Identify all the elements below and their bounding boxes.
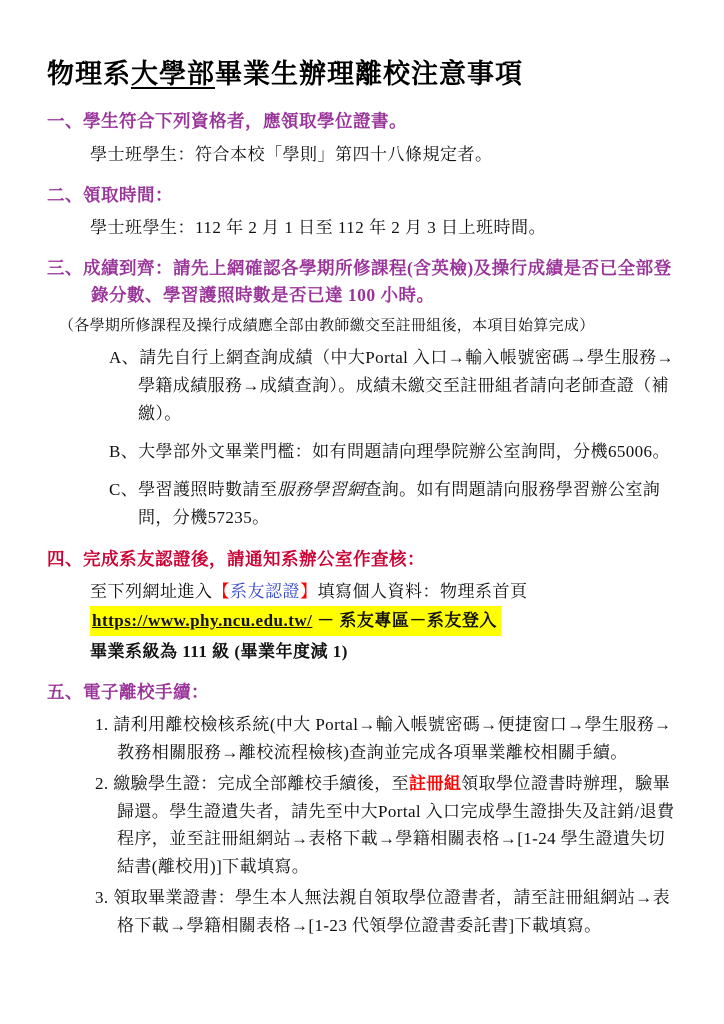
item-a-text: 請先自行上網查詢成績（中大Portal 入口→輸入帳號密碼→學生服務→學籍成績服…	[138, 348, 674, 423]
section-5-item-2: 2. 繳驗學生證：完成全部離校手續後，至註冊組領取學位證書時辦理，驗畢歸還。學生…	[95, 770, 678, 880]
line1-post: 填寫個人資料：物理系首頁	[318, 582, 528, 601]
registrar-office-emphasis: 註冊組	[409, 774, 461, 793]
item-3-label: 3.	[95, 888, 109, 907]
section-1-heading: 一、學生符合下列資格者，應領取學位證書。	[47, 108, 678, 134]
item-a-label: A、	[109, 348, 139, 367]
section-3-item-b: B、大學部外文畢業門檻：如有問題請向理學院辦公室詢問，分機65006。	[109, 438, 678, 466]
page-title: 物理系大學部畢業生辦理離校注意事項	[47, 56, 678, 92]
section-4: 四、完成系友認證後，請通知系辦公室作查核： 至下列網址進入【系友認證】填寫個人資…	[47, 546, 678, 665]
line1-pre: 至下列網址進入	[90, 582, 213, 601]
section-2: 二、領取時間： 學士班學生：112 年 2 月 1 日至 112 年 2 月 3…	[47, 182, 678, 241]
item-1-label: 1.	[95, 715, 109, 734]
section-4-class-year-line: 畢業系級為 111 級 (畢業年度減 1)	[90, 638, 678, 665]
bracket-open: 【	[213, 582, 231, 601]
title-suffix: 畢業生辦理離校注意事項	[215, 59, 523, 89]
phy-ncu-url-link[interactable]: https://www.phy.ncu.edu.tw/	[92, 611, 312, 630]
item-2-label: 2.	[95, 774, 109, 793]
highlighted-url-block: https://www.phy.ncu.edu.tw/ － 系友專區－系友登入	[90, 606, 501, 636]
section-1: 一、學生符合下列資格者，應領取學位證書。 學士班學生：符合本校「學則」第四十八條…	[47, 108, 678, 167]
title-underlined-part: 大學部	[131, 59, 215, 89]
section-2-body: 學士班學生：112 年 2 月 1 日至 112 年 2 月 3 日上班時間。	[90, 214, 678, 241]
highlight-path-text: － 系友專區－系友登入	[312, 611, 497, 630]
item-1-text: 請利用離校檢核系統(中大 Portal→輸入帳號密碼→便捷窗口→學生服務→教務相…	[113, 715, 671, 762]
section-5: 五、電子離校手續： 1. 請利用離校檢核系統(中大 Portal→輸入帳號密碼→…	[47, 679, 678, 940]
item-c-service-site-name: 服務學習網	[277, 480, 364, 499]
item-b-text: 大學部外文畢業門檻：如有問題請向理學院辦公室詢問，分機65006。	[138, 442, 670, 461]
section-4-line-1: 至下列網址進入【系友認證】填寫個人資料：物理系首頁	[90, 578, 678, 605]
section-2-heading: 二、領取時間：	[47, 182, 678, 208]
item-c-label: C、	[109, 480, 138, 499]
item-b-label: B、	[109, 442, 138, 461]
section-5-item-3: 3. 領取畢業證書：學生本人無法親自領取學位證書者，請至註冊組網站→表格下載→學…	[95, 884, 678, 939]
section-5-heading: 五、電子離校手續：	[47, 679, 678, 705]
section-3: 三、成績到齊：請先上網確認各學期所修課程(含英檢)及操行成績是否已全部登錄分數、…	[47, 255, 678, 532]
section-1-body: 學士班學生：符合本校「學則」第四十八條規定者。	[90, 141, 678, 168]
title-prefix: 物理系	[47, 59, 131, 89]
document-page: 物理系大學部畢業生辦理離校注意事項 一、學生符合下列資格者，應領取學位證書。 學…	[0, 0, 724, 1024]
section-3-item-c: C、學習護照時數請至服務學習網查詢。如有問題請向服務學習辦公室詢問，分機5723…	[109, 476, 678, 532]
item-c-text-pre: 學習護照時數請至	[138, 480, 277, 499]
section-4-heading: 四、完成系友認證後，請通知系辦公室作查核：	[47, 546, 678, 572]
section-3-heading: 三、成績到齊：請先上網確認各學期所修課程(含英檢)及操行成績是否已全部登錄分數、…	[47, 255, 678, 308]
item-2-text-pre: 繳驗學生證：完成全部離校手續後，至	[113, 774, 409, 793]
section-4-highlight-line: https://www.phy.ncu.edu.tw/ － 系友專區－系友登入	[90, 606, 678, 636]
alumni-auth-link[interactable]: 系友認證	[230, 582, 300, 601]
section-5-item-1: 1. 請利用離校檢核系統(中大 Portal→輸入帳號密碼→便捷窗口→學生服務→…	[95, 711, 678, 766]
bracket-close: 】	[300, 582, 318, 601]
section-3-note: （各學期所修課程及操行成績應全部由教師繳交至註冊組後，本項目始算完成）	[59, 314, 678, 338]
section-3-item-a: A、請先自行上網查詢成績（中大Portal 入口→輸入帳號密碼→學生服務→學籍成…	[109, 344, 678, 428]
item-3-text: 領取畢業證書：學生本人無法親自領取學位證書者，請至註冊組網站→表格下載→學籍相關…	[113, 888, 670, 935]
